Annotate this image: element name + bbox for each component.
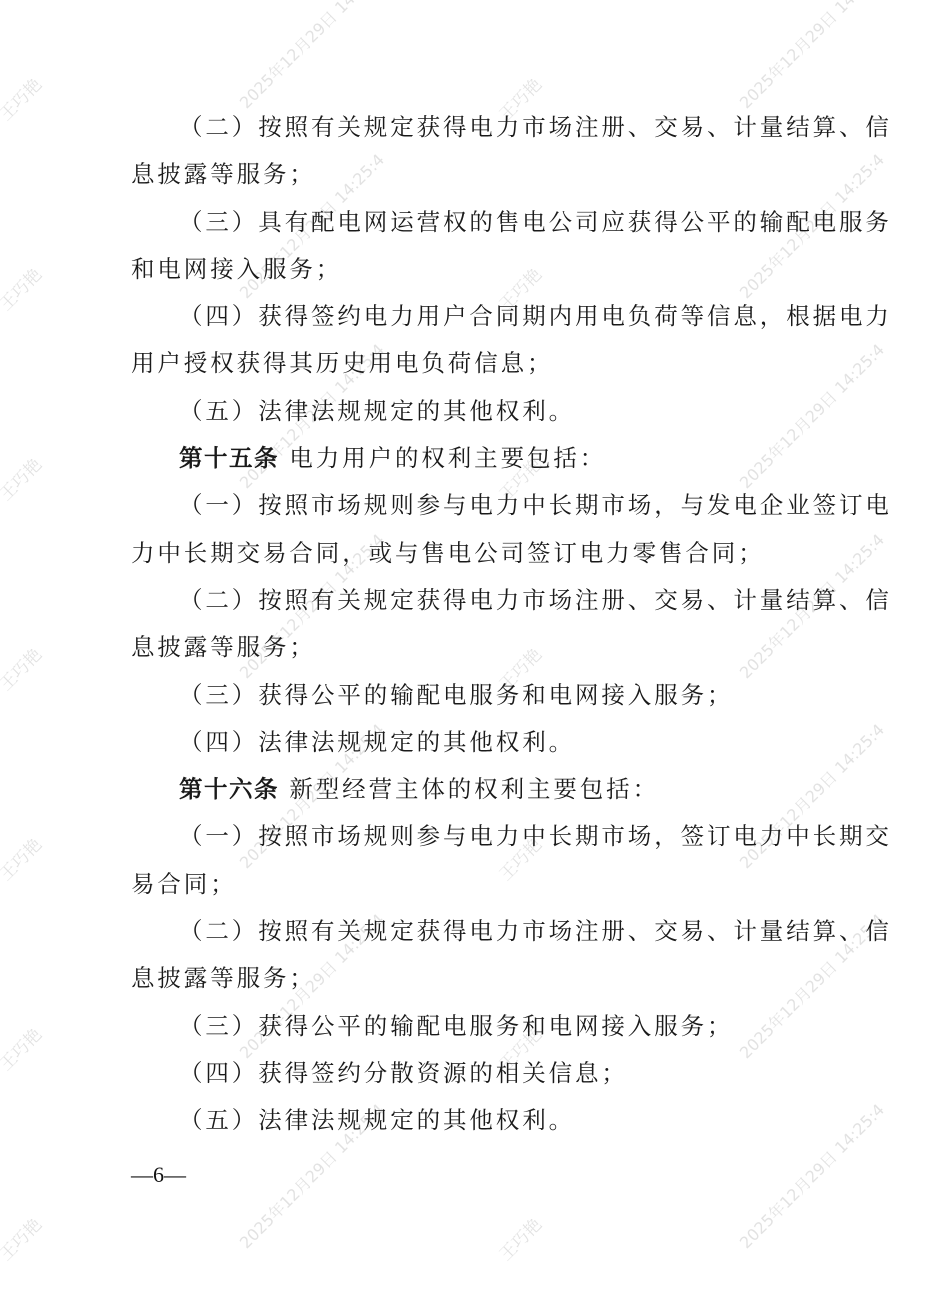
text-line: （四）获得签约电力用户合同期内用电负荷等信息，根据电力 (131, 293, 833, 340)
text-line: （二）按照有关规定获得电力市场注册、交易、计量结算、信 (131, 577, 833, 624)
text-line: （四）获得签约分散资源的相关信息； (131, 1050, 833, 1097)
text-line: 息披露等服务； (131, 955, 833, 1002)
text-line: 和电网接入服务； (131, 246, 833, 293)
watermark-name: 王巧艳 (0, 451, 46, 505)
page-number: —6— (131, 1160, 186, 1190)
text-line: （三）获得公平的输配电服务和电网接入服务； (131, 672, 833, 719)
text-line: （二）按照有关规定获得电力市场注册、交易、计量结算、信 (131, 908, 833, 955)
watermark-name: 王巧艳 (492, 1211, 546, 1265)
article-number: 第十五条 (179, 444, 279, 472)
text-line: （五）法律法规规定的其他权利。 (131, 1097, 833, 1144)
text-line: 用户授权获得其历史用电负荷信息； (131, 340, 833, 387)
text-line: （三）获得公平的输配电服务和电网接入服务； (131, 1003, 833, 1050)
text-line: （三）具有配电网运营权的售电公司应获得公平的输配电服务 (131, 199, 833, 246)
text-line: （二）按照有关规定获得电力市场注册、交易、计量结算、信 (131, 104, 833, 151)
text-line: 息披露等服务； (131, 624, 833, 671)
text-line: （四）法律法规规定的其他权利。 (131, 719, 833, 766)
watermark-name: 王巧艳 (0, 1211, 46, 1265)
text-line: （五）法律法规规定的其他权利。 (131, 388, 833, 435)
article-lead: 新型经营主体的权利主要包括： (279, 775, 659, 803)
watermark-timestamp: 2025年12月29日 14:25:4 (734, 0, 889, 113)
text-line: 易合同； (131, 861, 833, 908)
watermark-timestamp: 2025年12月29日 14:25:4 (234, 0, 389, 113)
document-page: 王巧艳2025年12月29日 14:25:4王巧艳2025年12月29日 14:… (0, 0, 930, 1295)
watermark-name: 王巧艳 (0, 641, 46, 695)
article-16-heading-line: 第十六条 新型经营主体的权利主要包括： (131, 766, 833, 813)
text-line: （一）按照市场规则参与电力中长期市场，签订电力中长期交 (131, 813, 833, 860)
watermark-name: 王巧艳 (0, 1021, 46, 1075)
text-line: 息披露等服务； (131, 151, 833, 198)
watermark-name: 王巧艳 (0, 71, 46, 125)
text-line: （一）按照市场规则参与电力中长期市场，与发电企业签订电 (131, 482, 833, 529)
watermark-name: 王巧艳 (0, 831, 46, 885)
article-lead: 电力用户的权利主要包括： (279, 444, 606, 472)
text-line: 力中长期交易合同，或与售电公司签订电力零售合同； (131, 530, 833, 577)
watermark-name: 王巧艳 (0, 261, 46, 315)
article-15-heading-line: 第十五条 电力用户的权利主要包括： (131, 435, 833, 482)
document-body: （二）按照有关规定获得电力市场注册、交易、计量结算、信 息披露等服务； （三）具… (131, 104, 833, 1145)
article-number: 第十六条 (179, 775, 279, 803)
